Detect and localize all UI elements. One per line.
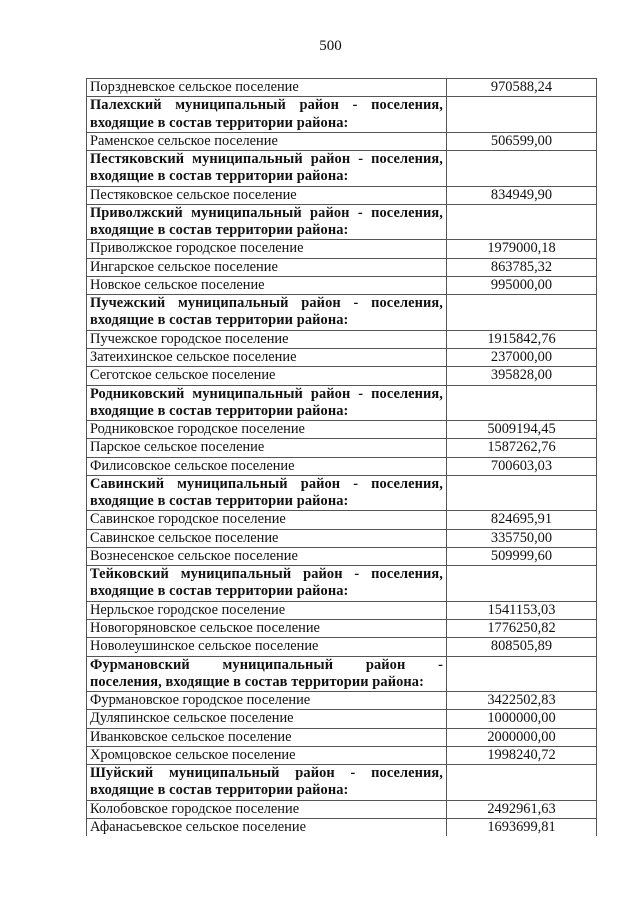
district-header-cell: Родниковский муниципальный район - посел… — [87, 385, 447, 421]
settlement-row: Савинское сельское поселение335750,00 — [87, 529, 597, 547]
settlement-amount: 2492961,63 — [447, 800, 597, 818]
settlement-row: Парское сельское поселение1587262,76 — [87, 439, 597, 457]
settlement-amount: 395828,00 — [447, 367, 597, 385]
settlement-amount: 506599,00 — [447, 132, 597, 150]
district-header-line2: входящие в состав территории района: — [90, 222, 443, 239]
district-header-line1: Пучежский муниципальный район - поселени… — [90, 295, 443, 312]
settlement-row: Савинское городское поселение824695,91 — [87, 511, 597, 529]
settlement-amount: 509999,60 — [447, 547, 597, 565]
settlement-name: Пестяковское сельское поселение — [87, 186, 447, 204]
district-header-line2: входящие в состав территории района: — [90, 403, 443, 420]
settlement-amount: 237000,00 — [447, 348, 597, 366]
settlement-name: Порздневское сельское поселение — [87, 79, 447, 97]
settlement-row: Иванковское сельское поселение2000000,00 — [87, 728, 597, 746]
district-header-cell: Палехский муниципальный район - поселени… — [87, 97, 447, 133]
settlement-row: Родниковское городское поселение5009194,… — [87, 421, 597, 439]
settlement-row: Новское сельское поселение995000,00 — [87, 276, 597, 294]
settlement-row: Новолеушинское сельское поселение808505,… — [87, 638, 597, 656]
settlement-row: Афанасьевское сельское поселение1693699,… — [87, 818, 597, 836]
settlement-amount: 1998240,72 — [447, 746, 597, 764]
settlement-row: Затеихинское сельское поселение237000,00 — [87, 348, 597, 366]
district-header-line1: Пестяковский муниципальный район - посел… — [90, 151, 443, 168]
settlement-row: Приволжское городское поселение1979000,1… — [87, 240, 597, 258]
settlement-amount: 808505,89 — [447, 638, 597, 656]
settlement-name: Новолеушинское сельское поселение — [87, 638, 447, 656]
settlement-amount: 834949,90 — [447, 186, 597, 204]
settlement-name: Нерльское городское поселение — [87, 601, 447, 619]
district-header-line2: входящие в состав территории района: — [90, 583, 443, 600]
settlement-amount: 1587262,76 — [447, 439, 597, 457]
settlement-amount: 700603,03 — [447, 457, 597, 475]
settlement-amount: 863785,32 — [447, 258, 597, 276]
district-header-line1: Савинский муниципальный район - поселени… — [90, 476, 443, 493]
settlement-row: Ингарское сельское поселение863785,32 — [87, 258, 597, 276]
settlement-row: Нерльское городское поселение1541153,03 — [87, 601, 597, 619]
settlement-name: Афанасьевское сельское поселение — [87, 818, 447, 836]
settlement-name: Дуляпинское сельское поселение — [87, 710, 447, 728]
district-header-line2: входящие в состав территории района: — [90, 782, 443, 799]
empty-value-cell — [447, 765, 597, 801]
settlement-amount: 1915842,76 — [447, 330, 597, 348]
settlement-amount: 5009194,45 — [447, 421, 597, 439]
district-header-line1: Тейковский муниципальный район - поселен… — [90, 566, 443, 583]
settlement-row: Вознесенское сельское поселение509999,60 — [87, 547, 597, 565]
settlement-amount: 1000000,00 — [447, 710, 597, 728]
district-header-cell: Савинский муниципальный район - поселени… — [87, 475, 447, 511]
settlement-name: Сеготское сельское поселение — [87, 367, 447, 385]
district-header-line1: Родниковский муниципальный район - посел… — [90, 386, 443, 403]
district-header-line2: входящие в состав территории района: — [90, 168, 443, 185]
settlement-row: Фурмановское городское поселение3422502,… — [87, 692, 597, 710]
settlement-row: Пучежское городское поселение1915842,76 — [87, 330, 597, 348]
settlement-name: Пучежское городское поселение — [87, 330, 447, 348]
district-header-line1: Палехский муниципальный район - поселени… — [90, 97, 443, 114]
district-header-cell: Пучежский муниципальный район - поселени… — [87, 295, 447, 331]
district-header-cell: Пестяковский муниципальный район - посел… — [87, 151, 447, 187]
district-header-line1: Фурмановский муниципальный район - — [90, 657, 443, 674]
settlement-amount: 995000,00 — [447, 276, 597, 294]
settlement-name: Хромцовское сельское поселение — [87, 746, 447, 764]
settlement-name: Савинское городское поселение — [87, 511, 447, 529]
settlement-row: Новогоряновское сельское поселение177625… — [87, 619, 597, 637]
settlement-name: Раменское сельское поселение — [87, 132, 447, 150]
settlement-amount: 824695,91 — [447, 511, 597, 529]
settlement-row: Сеготское сельское поселение395828,00 — [87, 367, 597, 385]
settlement-row: Пестяковское сельское поселение834949,90 — [87, 186, 597, 204]
settlement-amount: 3422502,83 — [447, 692, 597, 710]
settlement-name: Затеихинское сельское поселение — [87, 348, 447, 366]
settlement-row: Порздневское сельское поселение970588,24 — [87, 79, 597, 97]
district-header-cell: Приволжский муниципальный район - поселе… — [87, 204, 447, 240]
settlement-name: Вознесенское сельское поселение — [87, 547, 447, 565]
settlement-name: Новское сельское поселение — [87, 276, 447, 294]
settlement-name: Колобовское городское поселение — [87, 800, 447, 818]
settlement-name: Иванковское сельское поселение — [87, 728, 447, 746]
settlement-row: Филисовское сельское поселение700603,03 — [87, 457, 597, 475]
district-header-line2: входящие в состав территории района: — [90, 493, 443, 510]
empty-value-cell — [447, 204, 597, 240]
settlements-budget-table: Порздневское сельское поселение970588,24… — [86, 78, 597, 836]
settlement-name: Парское сельское поселение — [87, 439, 447, 457]
settlement-name: Фурмановское городское поселение — [87, 692, 447, 710]
settlement-name: Ингарское сельское поселение — [87, 258, 447, 276]
empty-value-cell — [447, 656, 597, 692]
empty-value-cell — [447, 151, 597, 187]
table-body: Порздневское сельское поселение970588,24… — [87, 79, 597, 837]
settlement-amount: 1776250,82 — [447, 619, 597, 637]
settlement-amount: 335750,00 — [447, 529, 597, 547]
empty-value-cell — [447, 97, 597, 133]
settlement-amount: 970588,24 — [447, 79, 597, 97]
district-header-row: Пестяковский муниципальный район - посел… — [87, 151, 597, 187]
settlement-name: Приволжское городское поселение — [87, 240, 447, 258]
district-header-row: Пучежский муниципальный район - поселени… — [87, 295, 597, 331]
district-header-row: Фурмановский муниципальный район -поселе… — [87, 656, 597, 692]
district-header-cell: Тейковский муниципальный район - поселен… — [87, 566, 447, 602]
settlement-name: Савинское сельское поселение — [87, 529, 447, 547]
district-header-line2: входящие в состав территории района: — [90, 312, 443, 329]
empty-value-cell — [447, 295, 597, 331]
settlement-amount: 1541153,03 — [447, 601, 597, 619]
settlement-row: Раменское сельское поселение506599,00 — [87, 132, 597, 150]
district-header-row: Родниковский муниципальный район - посел… — [87, 385, 597, 421]
district-header-cell: Шуйский муниципальный район - поселения,… — [87, 765, 447, 801]
page-number: 500 — [0, 37, 640, 55]
settlement-row: Колобовское городское поселение2492961,6… — [87, 800, 597, 818]
settlement-row: Хромцовское сельское поселение1998240,72 — [87, 746, 597, 764]
district-header-line2: входящие в состав территории района: — [90, 115, 443, 132]
empty-value-cell — [447, 566, 597, 602]
district-header-line1: Шуйский муниципальный район - поселения, — [90, 765, 443, 782]
settlement-amount: 1979000,18 — [447, 240, 597, 258]
district-header-line1: Приволжский муниципальный район - поселе… — [90, 205, 443, 222]
settlement-amount: 2000000,00 — [447, 728, 597, 746]
district-header-cell: Фурмановский муниципальный район -поселе… — [87, 656, 447, 692]
empty-value-cell — [447, 385, 597, 421]
settlement-name: Новогоряновское сельское поселение — [87, 619, 447, 637]
district-header-row: Шуйский муниципальный район - поселения,… — [87, 765, 597, 801]
district-header-row: Палехский муниципальный район - поселени… — [87, 97, 597, 133]
settlement-row: Дуляпинское сельское поселение1000000,00 — [87, 710, 597, 728]
district-header-line2: поселения, входящие в состав территории … — [90, 674, 443, 691]
district-header-row: Савинский муниципальный район - поселени… — [87, 475, 597, 511]
settlement-name: Филисовское сельское поселение — [87, 457, 447, 475]
settlement-name: Родниковское городское поселение — [87, 421, 447, 439]
district-header-row: Тейковский муниципальный район - поселен… — [87, 566, 597, 602]
district-header-row: Приволжский муниципальный район - поселе… — [87, 204, 597, 240]
empty-value-cell — [447, 475, 597, 511]
settlement-amount: 1693699,81 — [447, 818, 597, 836]
